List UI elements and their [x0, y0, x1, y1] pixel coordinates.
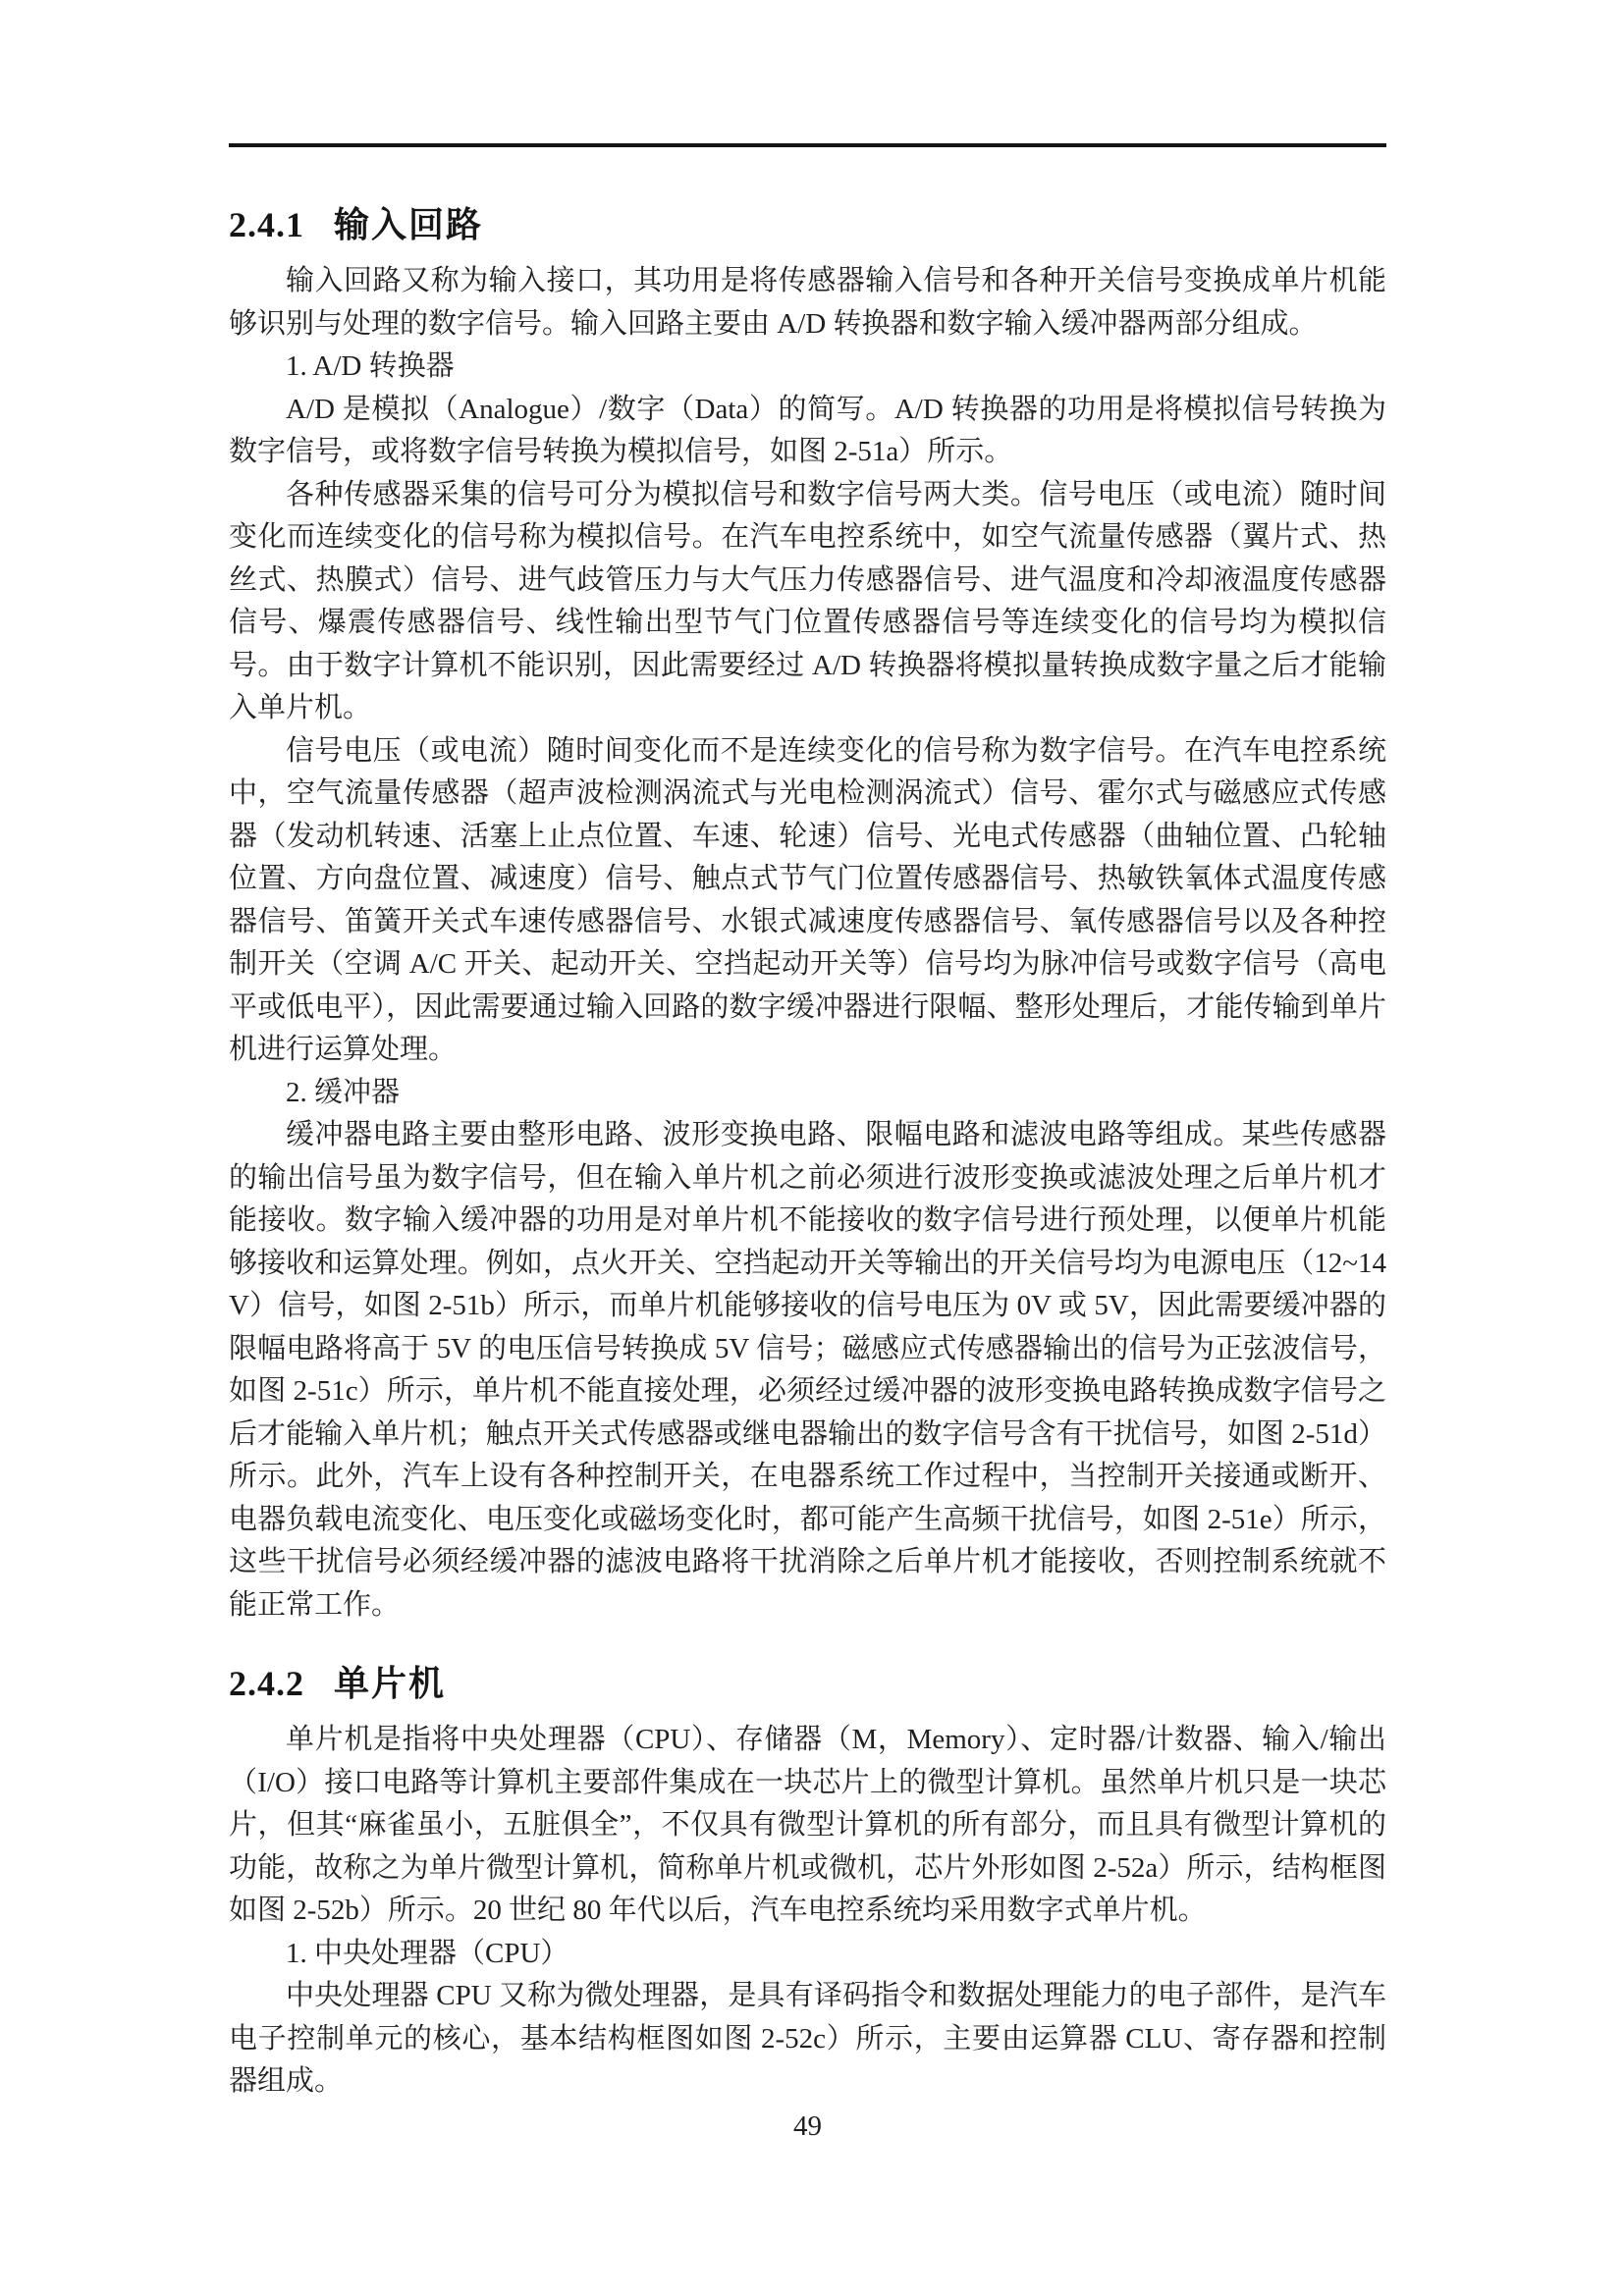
- paragraph: 输入回路又称为输入接口，其功用是将传感器输入信号和各种开关信号变换成单片机能够识…: [229, 260, 1386, 346]
- section-heading: 2.4.1输入回路: [229, 203, 1386, 246]
- paragraph: 中央处理器 CPU 又称为微处理器，是具有译码指令和数据处理能力的电子部件，是汽…: [229, 1975, 1386, 2104]
- section-title: 单片机: [334, 1663, 446, 1703]
- list-item-heading: 2. 缓冲器: [229, 1072, 1386, 1115]
- page-footer: 49: [229, 2106, 1386, 2149]
- paragraph: 单片机是指将中央处理器（CPU）、存储器（M，Memory）、定时器/计数器、输…: [229, 1719, 1386, 1933]
- page-number: 49: [793, 2110, 822, 2142]
- paragraph: 各种传感器采集的信号可分为模拟信号和数字信号两大类。信号电压（或电流）随时间变化…: [229, 474, 1386, 730]
- section-number: 2.4.1: [229, 205, 304, 244]
- section-heading: 2.4.2单片机: [229, 1662, 1386, 1705]
- paragraph: 缓冲器电路主要由整形电路、波形变换电路、限幅电路和滤波电路等组成。某些传感器的输…: [229, 1114, 1386, 1627]
- header-rule: [229, 143, 1386, 147]
- section-title: 输入回路: [334, 204, 483, 244]
- paragraph: 信号电压（或电流）随时间变化而不是连续变化的信号称为数字信号。在汽车电控系统中，…: [229, 730, 1386, 1072]
- document-page: 2.4.1输入回路 输入回路又称为输入接口，其功用是将传感器输入信号和各种开关信…: [0, 0, 1624, 2296]
- section-number: 2.4.2: [229, 1664, 304, 1703]
- list-item-heading: 1. A/D 转换器: [229, 346, 1386, 389]
- section-input-circuit: 2.4.1输入回路 输入回路又称为输入接口，其功用是将传感器输入信号和各种开关信…: [229, 203, 1386, 1627]
- section-microcontroller: 2.4.2单片机 单片机是指将中央处理器（CPU）、存储器（M，Memory）、…: [229, 1662, 1386, 2104]
- list-item-heading: 1. 中央处理器（CPU）: [229, 1933, 1386, 1976]
- paragraph: A/D 是模拟（Analogue）/数字（Data）的简写。A/D 转换器的功用…: [229, 389, 1386, 474]
